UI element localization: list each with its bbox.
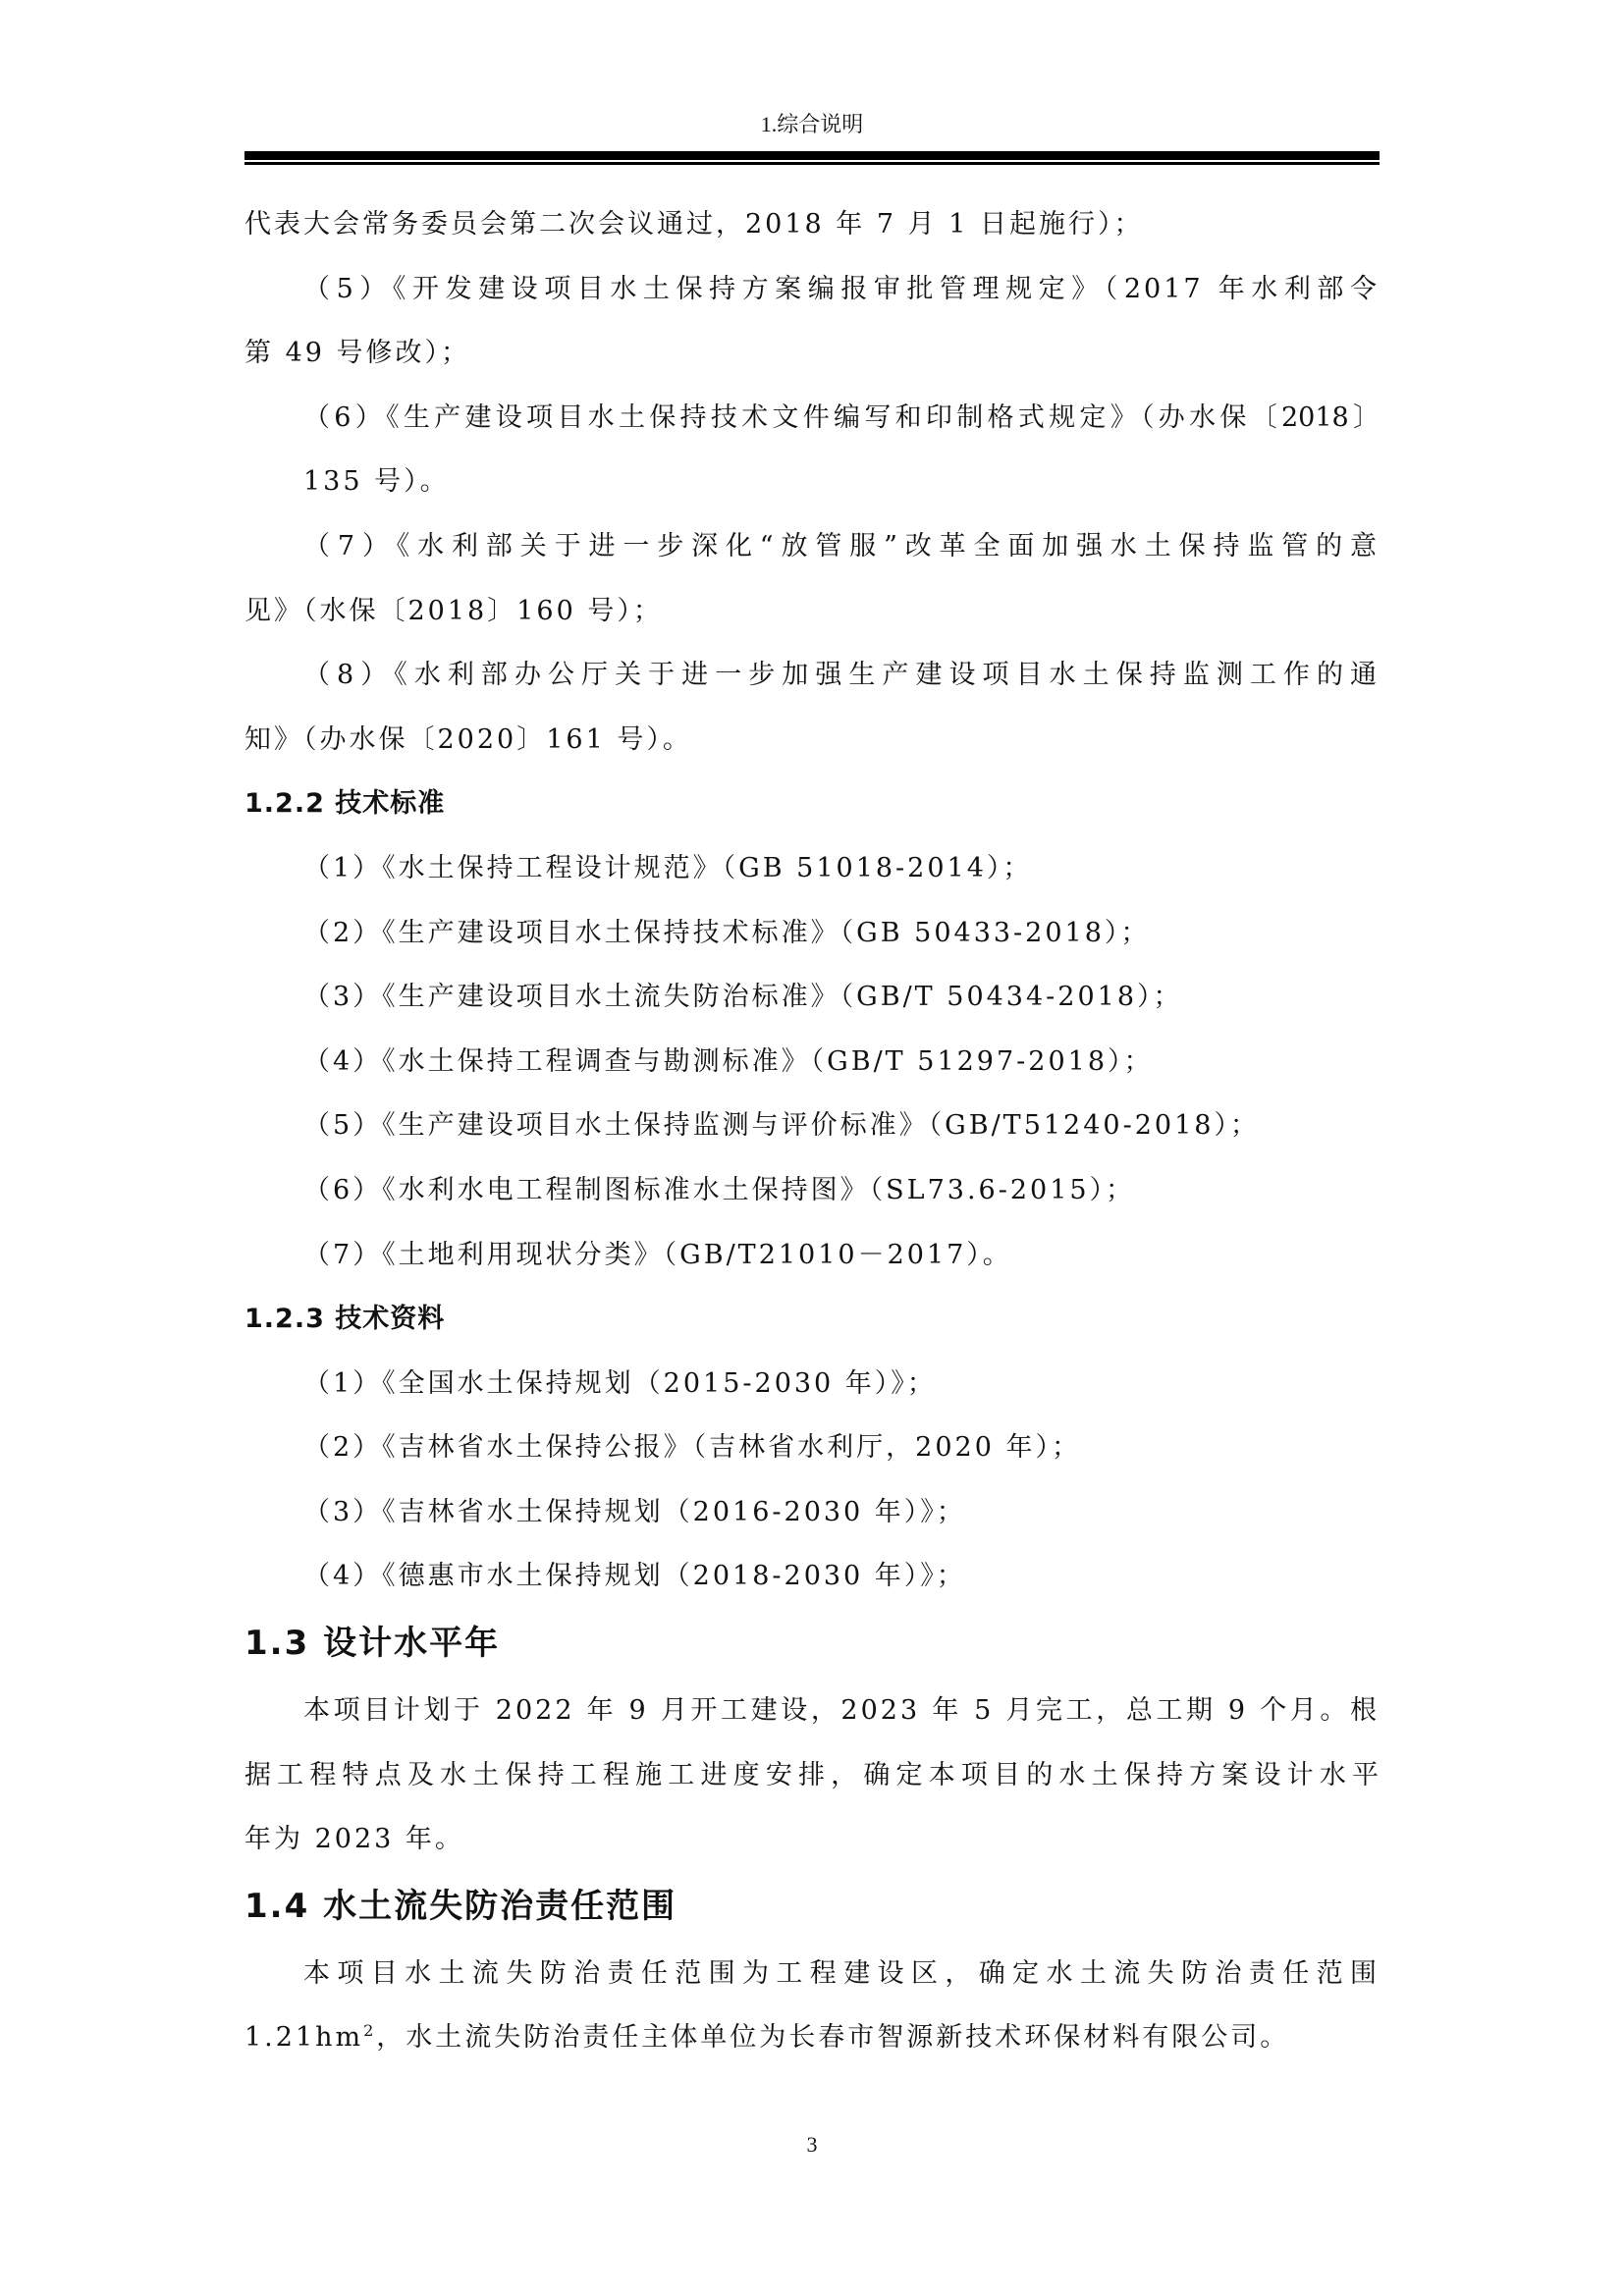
section-heading-1-2-3: 1.2.3 技术资料 [244, 1287, 1380, 1352]
design-year-paragraph-line2: 据工程特点及水土保持工程施工进度安排，确定本项目的水土保持方案设计水平 [244, 1743, 1380, 1808]
standard-item-5: （5）《生产建设项目水土保持监测与评价标准》（GB/T51240-2018）； [244, 1094, 1380, 1158]
section-heading-1-4: 1.4 水土流失防治责任范围 [244, 1872, 1380, 1942]
header-rule-thin [244, 162, 1380, 165]
standard-item-2: （2）《生产建设项目水土保持技术标准》（GB 50433-2018）； [244, 901, 1380, 966]
header-rule-thick [244, 151, 1380, 160]
design-year-paragraph-line3: 年为 2023 年。 [244, 1807, 1380, 1872]
regulation-item-5-line1: （5）《开发建设项目水土保持方案编报审批管理规定》（2017 年水利部令 [244, 257, 1380, 322]
standard-item-4: （4）《水土保持工程调查与勘测标准》（GB/T 51297-2018）； [244, 1030, 1380, 1095]
standard-item-6: （6）《水利水电工程制图标准水土保持图》（SL73.6-2015）； [244, 1158, 1380, 1223]
area-unit-superscript: 2 [363, 2021, 376, 2040]
regulation-item-8-line1: （8）《水利部办公厅关于进一步加强生产建设项目水土保持监测工作的通 [244, 643, 1380, 708]
regulation-item-6-line1: （6）《生产建设项目水土保持技术文件编写和印制格式规定》（办水保〔2018〕 [244, 386, 1380, 451]
responsibility-paragraph-line2: 1.21hm2，水土流失防治责任主体单位为长春市智源新技术环保材料有限公司。 [244, 2005, 1380, 2070]
responsibility-paragraph-line1: 本项目水土流失防治责任范围为工程建设区，确定水土流失防治责任范围 [244, 1942, 1380, 2006]
regulation-item-7-line2: 见》（水保〔2018〕160 号）； [244, 579, 1380, 644]
section-heading-1-2-2: 1.2.2 技术标准 [244, 772, 1380, 836]
responsibility-area-rest: ，水土流失防治责任主体单位为长春市智源新技术环保材料有限公司。 [376, 2022, 1289, 2053]
running-header-title: 1.综合说明 [244, 110, 1380, 139]
regulation-item-8-line2: 知》（办水保〔2020〕161 号）。 [244, 708, 1380, 773]
reference-item-4: （4）《德惠市水土保持规划（2018-2030 年）》； [244, 1544, 1380, 1609]
responsibility-area-value: 1.21hm [244, 2022, 363, 2053]
reference-item-3: （3）《吉林省水土保持规划（2016-2030 年）》； [244, 1480, 1380, 1545]
standard-item-7: （7）《土地利用现状分类》（GB/T21010－2017）。 [244, 1223, 1380, 1288]
section-heading-1-3: 1.3 设计水平年 [244, 1609, 1380, 1679]
design-year-paragraph-line1: 本项目计划于 2022 年 9 月开工建设，2023 年 5 月完工，总工期 9… [244, 1679, 1380, 1743]
standard-item-1: （1）《水土保持工程设计规范》（GB 51018-2014）； [244, 836, 1380, 901]
regulation-item-6-line2: 135 号）。 [244, 450, 1380, 514]
reference-item-1: （1）《全国水土保持规划（2015-2030 年）》； [244, 1352, 1380, 1416]
reference-item-2: （2）《吉林省水土保持公报》（吉林省水利厅，2020 年）； [244, 1415, 1380, 1480]
regulation-item-5-line2: 第 49 号修改）； [244, 321, 1380, 386]
standard-item-3: （3）《生产建设项目水土流失防治标准》（GB/T 50434-2018）； [244, 965, 1380, 1030]
page-body: 代表大会常务委员会第二次会议通过，2018 年 7 月 1 日起施行）； （5）… [244, 192, 1380, 2070]
page-number: 3 [244, 2132, 1380, 2158]
continuation-line: 代表大会常务委员会第二次会议通过，2018 年 7 月 1 日起施行）； [244, 192, 1380, 257]
regulation-item-7-line1: （7）《水利部关于进一步深化“放管服”改革全面加强水土保持监管的意 [244, 514, 1380, 579]
